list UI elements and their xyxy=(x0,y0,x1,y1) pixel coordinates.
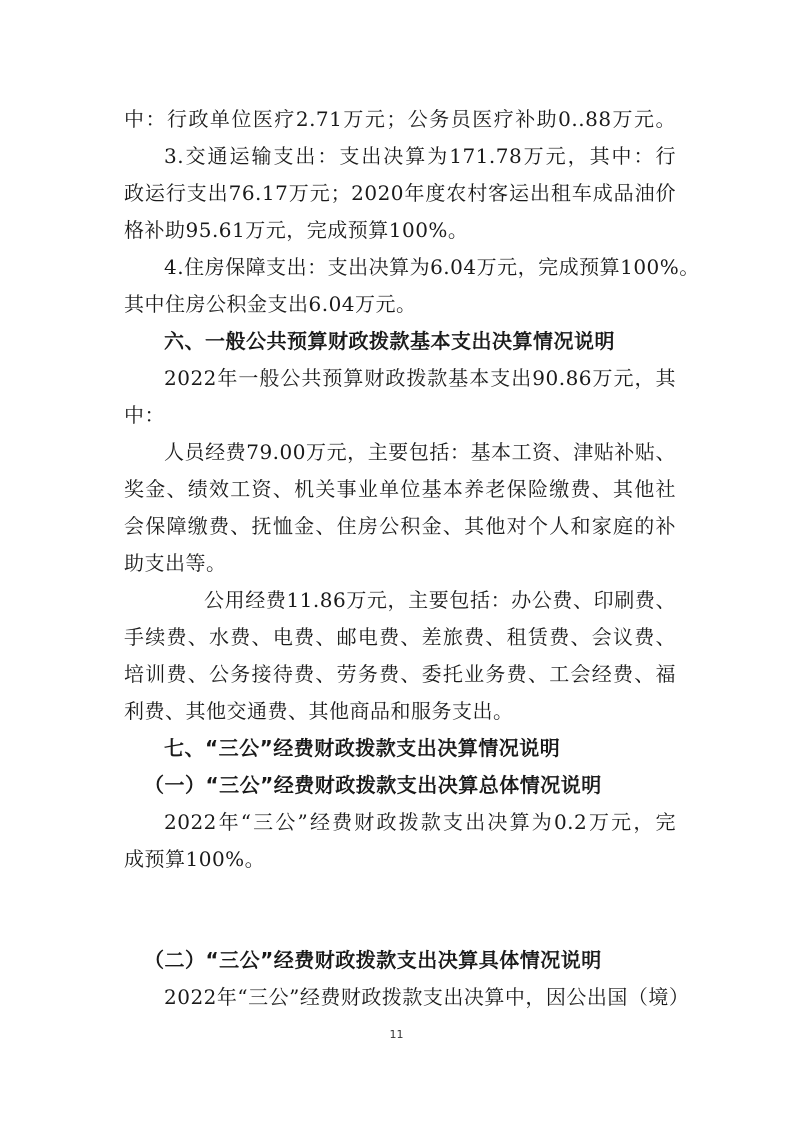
section-heading: （一）“三公”经费财政拨款支出决算总体情况说明 xyxy=(144,770,676,800)
paragraph-line: 格补助95.61万元，完成预算100%。 xyxy=(124,215,676,245)
page-number: 11 xyxy=(0,1028,793,1041)
paragraph-line: 奖金、绩效工资、机关事业单位基本养老保险缴费、其他社 xyxy=(124,474,676,504)
paragraph-line: 成预算100%。 xyxy=(124,844,676,874)
paragraph-line: 中：行政单位医疗2.71万元；公务员医疗补助0..88万元。 xyxy=(124,104,676,134)
section-heading: （二）“三公”经费财政拨款支出决算具体情况说明 xyxy=(144,945,676,975)
paragraph-line: 2022年“三公”经费财政拨款支出决算为0.2万元，完 xyxy=(164,807,676,837)
paragraph-line: 2022年一般公共预算财政拨款基本支出90.86万元，其 xyxy=(164,363,676,393)
paragraph-line: 中： xyxy=(124,400,676,430)
paragraph-line: 培训费、公务接待费、劳务费、委托业务费、工会经费、福 xyxy=(124,659,676,689)
paragraph-line: 3.交通运输支出：支出决算为171.78万元，其中：行 xyxy=(164,141,676,171)
paragraph-line: 会保障缴费、抚恤金、住房公积金、其他对个人和家庭的补 xyxy=(124,511,676,541)
paragraph-line: 利费、其他交通费、其他商品和服务支出。 xyxy=(124,696,676,726)
document-page: 中：行政单位医疗2.71万元；公务员医疗补助0..88万元。3.交通运输支出：支… xyxy=(0,0,793,1122)
paragraph-line: 2022年“三公”经费财政拨款支出决算中，因公出国（境） xyxy=(164,982,676,1012)
paragraph-line: 4.住房保障支出：支出决算为6.04万元，完成预算100%。 xyxy=(164,252,676,282)
paragraph-line: 政运行支出76.17万元；2020年度农村客运出租车成品油价 xyxy=(124,178,676,208)
paragraph-line: 手续费、水费、电费、邮电费、差旅费、租赁费、会议费、 xyxy=(124,622,676,652)
section-heading: 六、一般公共预算财政拨款基本支出决算情况说明 xyxy=(164,326,676,356)
paragraph-line: 助支出等。 xyxy=(124,548,676,578)
paragraph-line: 其中住房公积金支出6.04万元。 xyxy=(124,289,676,319)
paragraph-line: 公用经费11.86万元，主要包括：办公费、印刷费、 xyxy=(204,585,676,615)
section-heading: 七、“三公”经费财政拨款支出决算情况说明 xyxy=(164,733,676,763)
paragraph-line: 人员经费79.00万元，主要包括：基本工资、津贴补贴、 xyxy=(164,437,676,467)
